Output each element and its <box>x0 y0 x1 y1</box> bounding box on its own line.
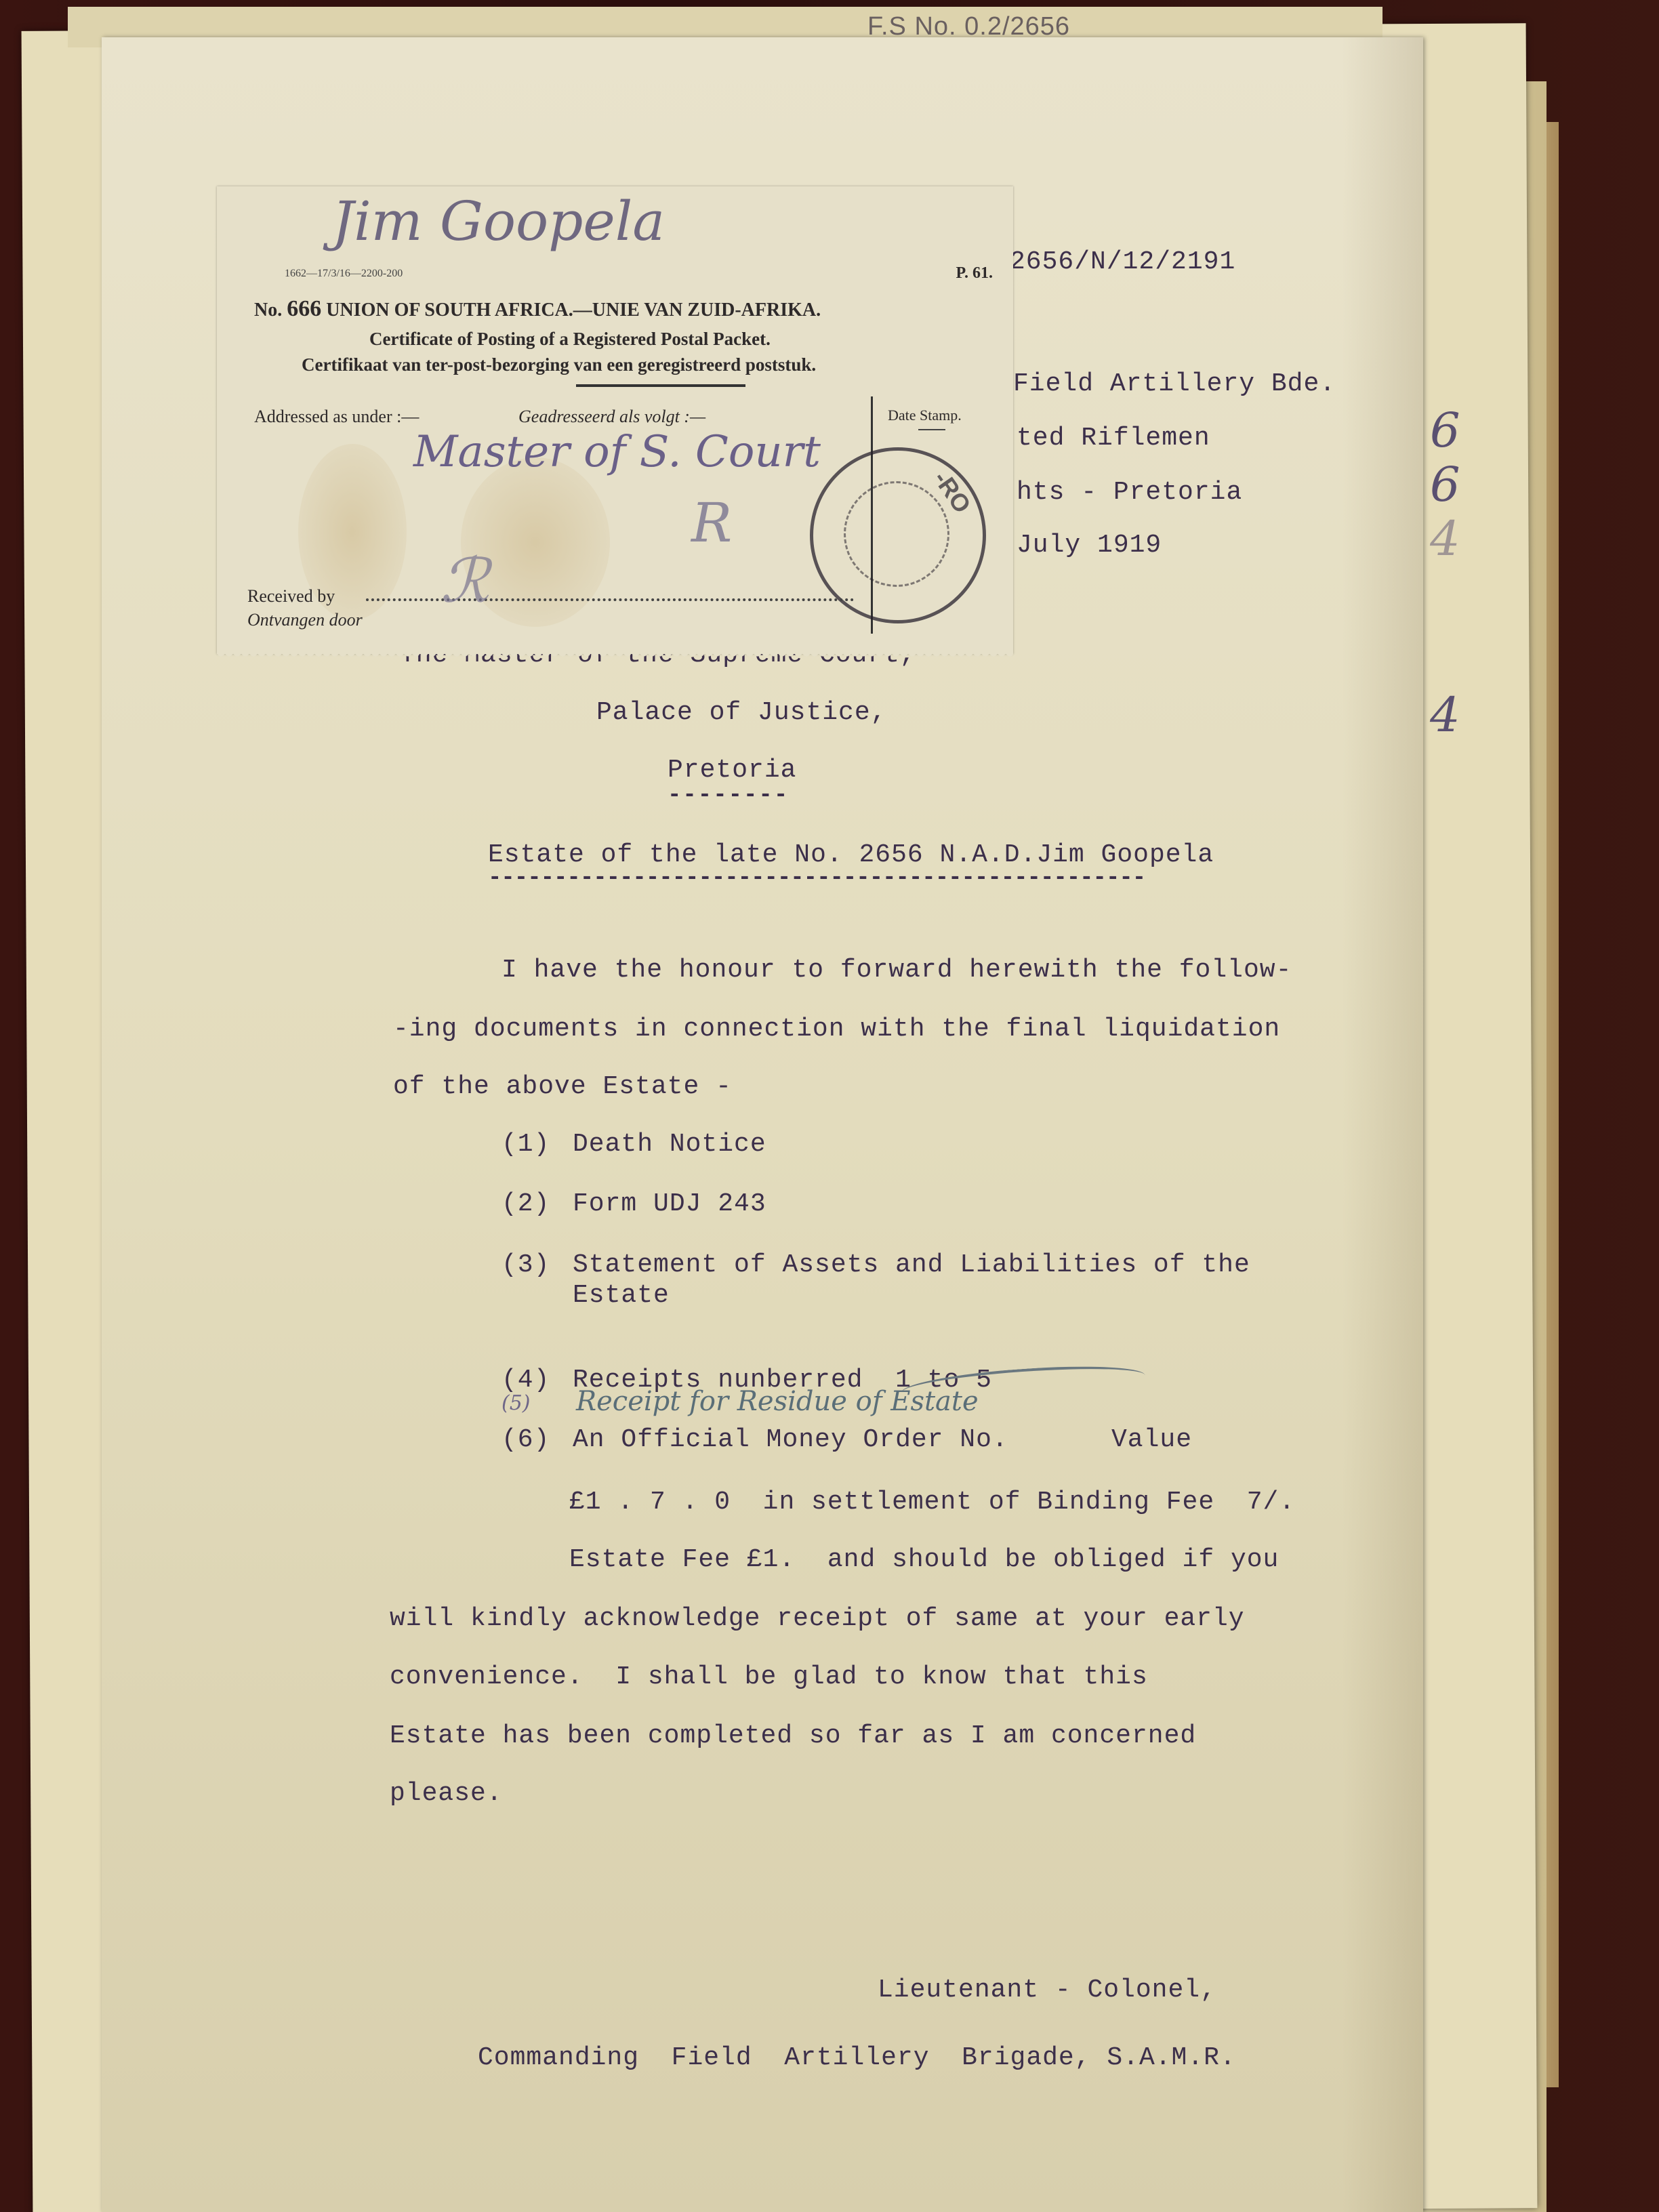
money-order-value-label: Value <box>1111 1425 1192 1454</box>
enclosure-item: Statement of Assets and Liabilities of t… <box>573 1250 1250 1279</box>
body-line: of the above Estate - <box>393 1072 732 1101</box>
enclosure-item: Form UDJ 243 <box>573 1189 766 1218</box>
enclosure-number: (4) <box>501 1366 550 1395</box>
sender-line: hts - Pretoria <box>1017 478 1242 507</box>
print-code: 1662—17/3/16—2200-200 <box>285 268 403 280</box>
subject-underline: ----------------------------------------… <box>488 865 1145 891</box>
enclosure-item: An Official Money Order No. <box>573 1425 1008 1454</box>
signature-unit: Commanding Field Artillery Brigade, S.A.… <box>478 2043 1236 2072</box>
handwritten-address: Master of S. Court <box>413 427 821 477</box>
recipient-line: Palace of Justice, <box>596 698 886 727</box>
title-rule <box>576 384 745 387</box>
recipient-city: Pretoria <box>668 756 796 785</box>
margin-annotations: 6 6 4 4 <box>1430 407 1471 745</box>
enclosure-number: (6) <box>501 1425 550 1454</box>
enclosure-item: Death Notice <box>573 1130 766 1159</box>
sender-line: Field Artillery Bde. <box>1013 369 1336 398</box>
signature-title: Lieutenant - Colonel, <box>878 1975 1216 2005</box>
sender-line: ted Riflemen <box>1017 424 1210 453</box>
heading-text: UNION OF SOUTH AFRICA.—UNIE VAN ZUID-AFR… <box>326 300 821 321</box>
recipient-underline: -------- <box>668 783 789 808</box>
form-number: P. 61. <box>956 264 993 283</box>
title-dutch: Certifikaat van ter-post-bezorging van e… <box>302 354 816 375</box>
received-by-line <box>366 598 854 601</box>
date-stamp-label: Date Stamp. <box>888 407 962 424</box>
postmark-inner-ring <box>844 481 949 587</box>
handwritten-enclosure-number: (5) <box>501 1391 531 1415</box>
body-line: convenience. I shall be glad to know tha… <box>390 1662 1148 1692</box>
enclosure-number: (2) <box>501 1189 550 1218</box>
postmark-stamp: -RO <box>810 447 986 623</box>
received-by-label: Received by <box>247 586 335 607</box>
handwritten-signature: ℛ <box>441 546 489 617</box>
certificate-of-posting: Jim Goopela 1662—17/3/16—2200-200 P. 61.… <box>217 186 1013 654</box>
margin-number: 6 <box>1430 461 1471 508</box>
title-english: Certificate of Posting of a Registered P… <box>369 329 771 350</box>
letter-date: July 1919 <box>1017 531 1162 560</box>
enclosure-item-cont: Estate <box>573 1281 670 1310</box>
addressed-label-nl: Geadresseerd als volgt :— <box>518 407 705 427</box>
margin-number: 6 <box>1430 407 1471 454</box>
handwritten-name: Jim Goopela <box>332 190 665 253</box>
serial-label: No. <box>254 300 282 321</box>
body-line: I have the honour to forward herewith th… <box>501 956 1292 985</box>
body-line: Estate Fee £1. and should be obliged if … <box>569 1545 1279 1574</box>
serial-number: 666 <box>287 296 321 321</box>
handwritten-initial: R <box>691 491 732 554</box>
received-by-label-nl: Ontvangen door <box>247 610 363 630</box>
margin-number: 4 <box>1430 691 1471 739</box>
enclosure-number: (1) <box>501 1130 550 1159</box>
addressed-label-en: Addressed as under :— <box>254 407 419 427</box>
body-line: will kindly acknowledge receipt of same … <box>390 1604 1245 1633</box>
enclosure-number: (3) <box>501 1250 550 1279</box>
body-line: -ing documents in connection with the fi… <box>393 1015 1280 1044</box>
certificate-heading: No. 666 UNION OF SOUTH AFRICA.—UNIE VAN … <box>254 296 821 322</box>
body-line: £1 . 7 . 0 in settlement of Binding Fee … <box>569 1488 1295 1517</box>
margin-number: 4 <box>1430 515 1471 562</box>
body-line: please. <box>390 1779 503 1808</box>
letter-reference: 2656/N/12/2191 <box>1010 247 1235 276</box>
date-stamp-rule <box>918 429 945 430</box>
body-line: Estate has been completed so far as I am… <box>390 1721 1196 1750</box>
